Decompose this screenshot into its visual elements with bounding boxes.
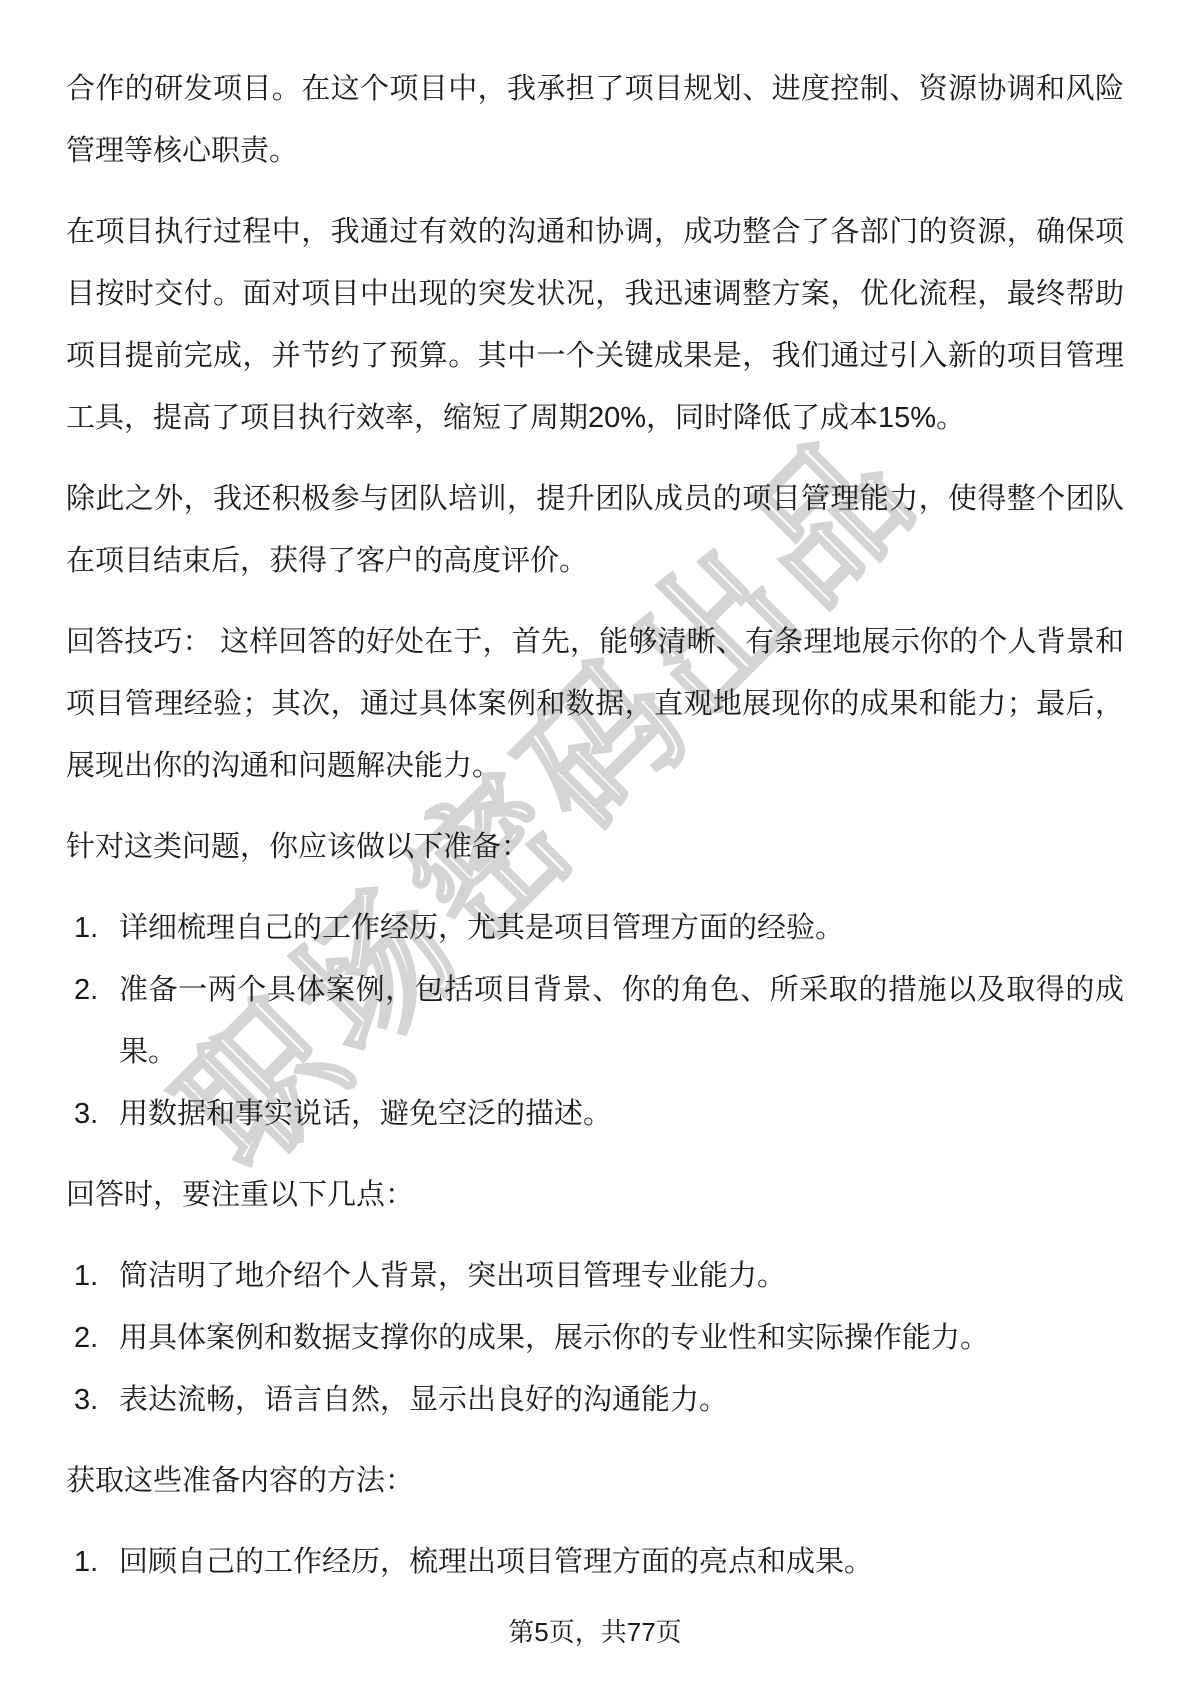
list-item-number: 1. [74, 897, 98, 959]
list-item-number: 2. [74, 959, 98, 1021]
paragraph-3: 除此之外，我还积极参与团队培训，提升团队成员的项目管理能力，使得整个团队在项目结… [66, 468, 1124, 592]
list-item-number: 2. [74, 1307, 98, 1369]
list-item-number: 1. [74, 1531, 98, 1593]
paragraph-7-methods-intro: 获取这些准备内容的方法： [66, 1450, 1124, 1512]
list-item-text: 详细梳理自己的工作经历，尤其是项目管理方面的经验。 [119, 912, 844, 944]
list-item: 3. 表达流畅，语言自然，显示出良好的沟通能力。 [66, 1369, 1124, 1431]
page-number-footer: 第5页，共77页 [0, 1617, 1190, 1647]
list-item: 1. 简洁明了地介绍个人背景，突出项目管理专业能力。 [66, 1245, 1124, 1307]
list-item-number: 3. [74, 1083, 98, 1145]
list-item-text: 表达流畅，语言自然，显示出良好的沟通能力。 [119, 1384, 728, 1416]
list-item: 1. 回顾自己的工作经历，梳理出项目管理方面的亮点和成果。 [66, 1531, 1124, 1593]
paragraph-1: 合作的研发项目。在这个项目中，我承担了项目规划、进度控制、资源协调和风险管理等核… [66, 58, 1124, 182]
paragraph-4-answer-tips: 回答技巧： 这样回答的好处在于，首先，能够清晰、有条理地展示你的个人背景和项目管… [66, 611, 1124, 797]
paragraph-5-prep-intro: 针对这类问题，你应该做以下准备： [66, 816, 1124, 878]
list-item-text: 用数据和事实说话，避免空泛的描述。 [119, 1098, 612, 1130]
paragraph-2: 在项目执行过程中，我通过有效的沟通和协调，成功整合了各部门的资源，确保项目按时交… [66, 201, 1124, 449]
list-item-number: 1. [74, 1245, 98, 1307]
list-item-text: 回顾自己的工作经历，梳理出项目管理方面的亮点和成果。 [119, 1546, 873, 1578]
ordered-list-methods: 1. 回顾自己的工作经历，梳理出项目管理方面的亮点和成果。 [66, 1531, 1124, 1593]
list-item-text: 简洁明了地介绍个人背景，突出项目管理专业能力。 [119, 1260, 786, 1292]
list-item: 3. 用数据和事实说话，避免空泛的描述。 [66, 1083, 1124, 1145]
list-item: 2. 用具体案例和数据支撑你的成果，展示你的专业性和实际操作能力。 [66, 1307, 1124, 1369]
list-item: 1. 详细梳理自己的工作经历，尤其是项目管理方面的经验。 [66, 897, 1124, 959]
ordered-list-preparation: 1. 详细梳理自己的工作经历，尤其是项目管理方面的经验。 2. 准备一两个具体案… [66, 897, 1124, 1145]
list-item-text: 准备一两个具体案例，包括项目背景、你的角色、所采取的措施以及取得的成果。 [119, 974, 1124, 1068]
page-content: 合作的研发项目。在这个项目中，我承担了项目规划、进度控制、资源协调和风险管理等核… [66, 58, 1124, 1612]
paragraph-6-answer-points-intro: 回答时，要注重以下几点： [66, 1164, 1124, 1226]
list-item: 2. 准备一两个具体案例，包括项目背景、你的角色、所采取的措施以及取得的成果。 [66, 959, 1124, 1083]
list-item-text: 用具体案例和数据支撑你的成果，展示你的专业性和实际操作能力。 [119, 1322, 989, 1354]
ordered-list-answer-points: 1. 简洁明了地介绍个人背景，突出项目管理专业能力。 2. 用具体案例和数据支撑… [66, 1245, 1124, 1431]
list-item-number: 3. [74, 1369, 98, 1431]
document-page: 职场密码出品 合作的研发项目。在这个项目中，我承担了项目规划、进度控制、资源协调… [0, 0, 1190, 1684]
